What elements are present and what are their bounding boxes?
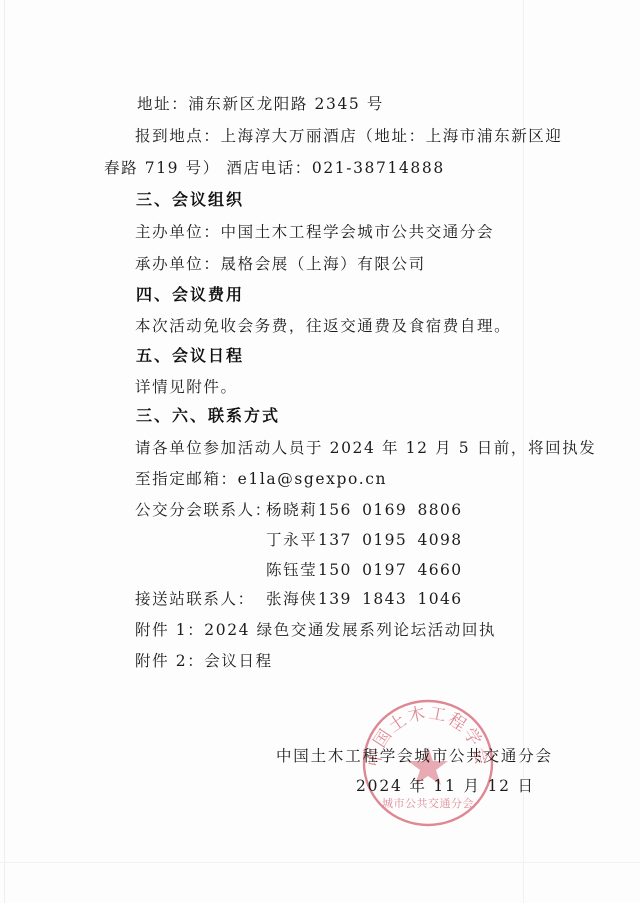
- signature-organization: 中国土木工程学会城市公共交通分会: [276, 746, 553, 766]
- section-heading-contacts: 三、六、联系方式: [136, 406, 280, 426]
- contact-role: 公交分会联系人：: [135, 500, 272, 520]
- signature-date: 2024 年 11 月 12 日: [356, 776, 535, 796]
- checkin-location-line-2: 春路 719 号） 酒店电话：021-38714888: [104, 158, 445, 178]
- contact-phone: 150 0197 4660: [318, 560, 463, 580]
- checkin-location-line-1: 报到地点：上海淳大万丽酒店（地址：上海市浦东新区迎: [135, 126, 563, 146]
- scan-edge-bottom: [0, 862, 640, 863]
- contact-name: 杨晓莉: [266, 500, 317, 520]
- contact-role: 接送站联系人：: [135, 589, 255, 609]
- fees-description: 本次活动免收会务费，往返交通费及食宿费自理。: [135, 316, 511, 336]
- contact-phone: 156 0169 8806: [318, 500, 463, 520]
- schedule-description: 详情见附件。: [135, 377, 238, 397]
- contact-phone: 137 0195 4098: [318, 530, 463, 550]
- scan-edge-left: [4, 0, 5, 903]
- organizer-company: 承办单位：晟格会展（上海）有限公司: [135, 254, 426, 274]
- contact-row: 接送站联系人： 张海侠 139 1843 1046: [135, 589, 515, 609]
- contact-name: 张海侠: [266, 589, 317, 609]
- svg-text:城市公共交通分会: 城市公共交通分会: [382, 796, 474, 810]
- contact-name: 丁永平: [266, 530, 317, 550]
- document-page: 地址：浦东新区龙阳路 2345 号 报到地点：上海淳大万丽酒店（地址：上海市浦东…: [0, 0, 640, 903]
- section-heading-organization: 三、会议组织: [136, 190, 244, 210]
- contact-row: 丁永平 137 0195 4098: [135, 530, 515, 550]
- reply-instruction-line-1: 请各单位参加活动人员于 2024 年 12 月 5 日前，将回执发: [135, 438, 596, 458]
- section-heading-fees: 四、会议费用: [136, 285, 244, 305]
- contact-row: 陈钰莹 150 0197 4660: [135, 560, 515, 580]
- contact-row: 公交分会联系人： 杨晓莉 156 0169 8806: [135, 500, 515, 520]
- reply-instruction-line-2: 至指定邮箱：e1la@sgexpo.cn: [135, 469, 387, 489]
- attachment-2: 附件 2：会议日程: [135, 651, 273, 671]
- section-heading-schedule: 五、会议日程: [136, 346, 244, 366]
- attachment-1: 附件 1：2024 绿色交通发展系列论坛活动回执: [135, 620, 496, 640]
- contact-name: 陈钰莹: [266, 560, 317, 580]
- venue-address: 地址：浦东新区龙阳路 2345 号: [137, 94, 384, 114]
- host-organization: 主办单位：中国土木工程学会城市公共交通分会: [135, 222, 494, 242]
- contact-phone: 139 1843 1046: [318, 589, 463, 609]
